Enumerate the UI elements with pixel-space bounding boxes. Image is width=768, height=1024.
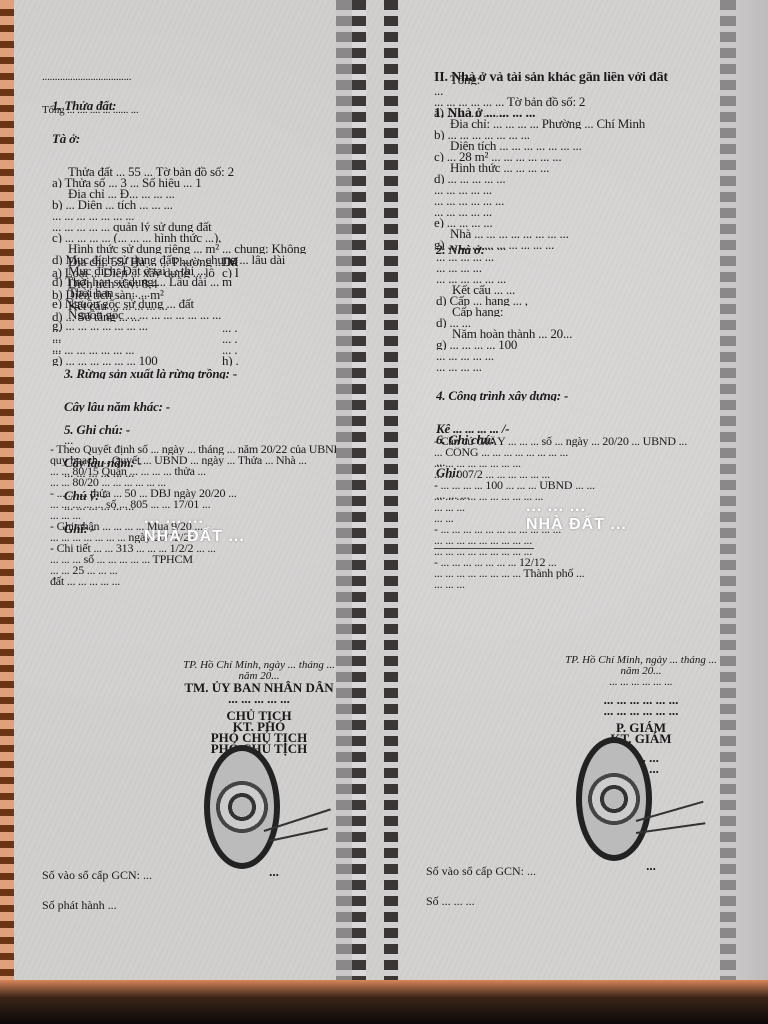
text-line: ... [434, 85, 645, 96]
text-line-right: c) Diện tích sàn: 7m² [222, 267, 238, 278]
right-footer: Số vào sổ cấp GCN: ... Số ... ... ... [426, 846, 536, 926]
left-signature-block: TP. Hồ Chí Minh, ngày ... tháng ... năm … [174, 660, 344, 754]
text-line-right: ... ... [222, 333, 238, 344]
text-line: ... ... ... ... ... ...... ... ... [436, 240, 572, 251]
text-line: ...... ... [52, 333, 238, 344]
watermark: ... ... ... NHÀ ĐẤT ... [526, 498, 627, 534]
text-line: ... ... ... ... ... ... [434, 195, 645, 206]
text-line: Địa chỉ ... Đ... ... ... ... [52, 188, 306, 199]
text-line: Cấp hạng:Số ...: 1 [436, 306, 572, 317]
text-line: ... ... ... ... ... ... ... [52, 210, 306, 221]
text-line: Tổng: [434, 74, 645, 85]
table-edge [0, 980, 768, 1024]
left-footer: Số vào sổ cấp GCN: ... Số phát hành ... [42, 850, 152, 930]
text-line: Diện tích xây: 8,4 [52, 278, 238, 289]
text-line: ... ... 80/15 Quận ... ... ... ... thửa … [50, 466, 353, 477]
text-line: Hình thức ... ... ... ... [434, 162, 645, 173]
text-line: ... ... 007/2 ... ... ... ... ... ... [434, 469, 687, 480]
text-line: ... ... ... ... ... [434, 184, 645, 195]
text-line: d) ... ...e) Tầng ... 0 [436, 317, 572, 328]
text-line: quy hoạch ... Quyết ... UBND ... ngày ..… [50, 455, 353, 466]
text-line: b) Diện tích sàn: ... m² [52, 289, 238, 300]
text-line: b) ... ... ... ... ... ... ... [434, 129, 645, 140]
binding-ring-column [352, 0, 366, 985]
text-line: Diện tích ... ... ... ... ... ... ... [434, 140, 645, 151]
text-line: ... ... ... ... ... [434, 206, 645, 217]
text-line: a) Thửa số ... 3 ... Số hiệu ... 1 [52, 177, 306, 188]
left-signer-name: ... [234, 866, 314, 877]
left-page: ................................... Tổng… [14, 0, 386, 985]
text-line: c) ... ... ... ... (... ... ... hình thứ… [52, 232, 306, 243]
text-line: Kết cấu ... ... [436, 284, 572, 295]
page-edge-artifact [720, 0, 736, 985]
text-line: ... ... ... ... ... ... ... ... [434, 458, 687, 469]
text-line: - Theo Quyết định số ... ngày ... tháng … [50, 444, 353, 455]
text-line: ... ... ... ... ... [436, 350, 572, 361]
text-line: ... ... 80/20 ... ... ... ... ... ... [50, 477, 353, 488]
text-line: Thửa đất ... 55 ... Tờ bản đồ số: 2 [52, 166, 306, 177]
text-line: - ... ... ... ... ... ... ... 12/12 ... [434, 557, 687, 568]
text-line-right: Diện tích: 8,4 [222, 256, 238, 267]
text-line: ... ... ... ... ...... ... ... [436, 251, 572, 262]
text-line: - ... ... ... thửa ... 50 ... DBJ ngày 2… [50, 488, 353, 499]
binding-ring-column [384, 0, 398, 985]
text-line: Năm hoàn thành ... 20...Thời hạn ... [436, 328, 572, 339]
section-title: 1. Thửa đất: [52, 100, 306, 111]
text-line: Kết cấu ... ... ... ... ... [52, 300, 238, 311]
text-line: d) ... Số tầng ... ... [52, 311, 238, 322]
text-line: ... ... ... ... ... ... ... ... ... [434, 535, 687, 546]
text-line: ... CÔNG ... ... ... ... ... ... ... ... [434, 447, 687, 458]
text-line: d) ... ... ... ... ... [434, 173, 645, 184]
text-line: Địa chỉ: ... ... ... ... Phường ... Chí … [434, 118, 645, 129]
text-line: a) Loại ... Diện ... xây dựng ... lôc) D… [52, 267, 238, 278]
text-line: g) ... ... ... ... 100h) ... ... ... /- [436, 339, 572, 350]
official-seal [204, 745, 280, 869]
text-line: ... ... ... ... [436, 262, 572, 273]
text-line: Hình thức sử dụng riêng ... m² ... chung… [52, 243, 306, 254]
right-section-2: ... ... ... ... ... ...... ... ...... ..… [436, 240, 572, 372]
text-line: c) ... 28 m² ... ... ... ... ... ... [434, 151, 645, 162]
text-line: ...... ... ... [52, 322, 238, 333]
text-line: ... ... ... ... ... số ... 805 ... ... 1… [50, 499, 353, 510]
text-line: b) ... Diện ... tích ... ... ... [52, 199, 306, 210]
text-line: ... ... ... ... ... quản lý sử dụng đất [52, 221, 306, 232]
right-signer-name: ... [611, 860, 691, 871]
text-line: ... ... ... ... ... ... Tờ bản đồ số: 2 [434, 96, 645, 107]
text-line: ... ... ... [434, 579, 687, 590]
text-line: ... ... 25 ... ... ... [50, 565, 353, 576]
watermark: ... ... ... NHÀ ĐẤT ... [144, 510, 245, 546]
text-line: ... ... ... ... ... ... [436, 273, 572, 284]
text-line: d) Cấp ... hạng ... , [436, 295, 572, 306]
text-line: - ... ... ... ... 100 ... ... ... UBND .… [434, 480, 687, 491]
text-line: - Căn cứ GIẤY ... ... ... số ... ngày ..… [434, 436, 687, 447]
text-line: Địa chỉ: 55/ Hà ... ... Phường ... MDiện… [52, 256, 238, 267]
text-line-right: ... ... ... [222, 322, 238, 333]
official-seal [576, 737, 652, 861]
text-line: ... ... ... số ... ... ... ... ... TPHCM [50, 554, 353, 565]
text-line: a) ... ... ... ... ... [434, 107, 645, 118]
text-line: ... ... ... ... ... ... ... ... Thành ph… [434, 568, 687, 579]
right-page: II. Nhà ở và tài sản khác gắn liền với đ… [386, 0, 738, 985]
right-page-edge [736, 0, 768, 985]
text-line: đất ... ... ... ... ... [50, 576, 353, 587]
